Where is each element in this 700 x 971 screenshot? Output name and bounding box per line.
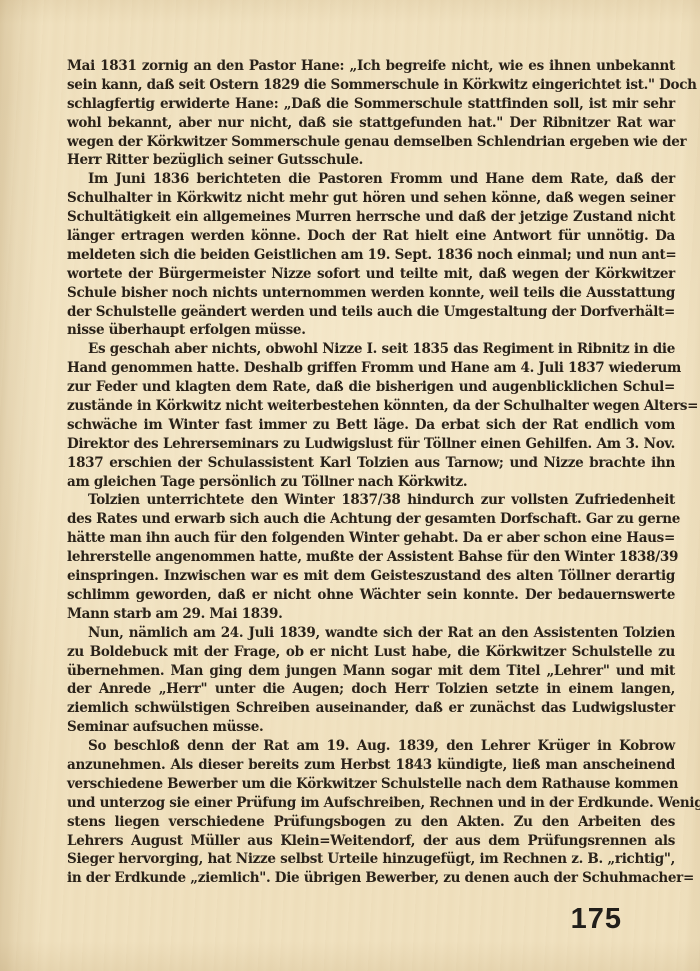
text-line: zu Boldebuck mit der Frage, ob er nicht … xyxy=(67,643,675,662)
text-line: länger ertragen werden könne. Doch der R… xyxy=(67,227,675,246)
text-line: Nun, nämlich am 24. Juli 1839, wandte si… xyxy=(67,624,675,643)
text-line: Hand genommen hatte. Deshalb griffen Fro… xyxy=(67,359,675,378)
text-line: Schulhalter in Körkwitz nicht mehr gut h… xyxy=(67,189,675,208)
text-line: wortete der Bürgermeister Nizze sofort u… xyxy=(67,265,675,284)
text-line: übernehmen. Man ging dem jungen Mann sog… xyxy=(67,662,675,681)
scanned-book-page: Mai 1831 zornig an den Pastor Hane: „Ich… xyxy=(0,0,700,971)
text-line: Es geschah aber nichts, obwohl Nizze I. … xyxy=(67,340,675,359)
text-line: Seminar aufsuchen müsse. xyxy=(67,718,675,737)
text-line: schlagfertig erwiderte Hane: „Daß die So… xyxy=(67,95,675,114)
text-line: der Schulstelle geändert werden und teil… xyxy=(67,303,675,322)
text-line: Sieger hervorging, hat Nizze selbst Urte… xyxy=(67,850,675,869)
text-block: Mai 1831 zornig an den Pastor Hane: „Ich… xyxy=(67,57,675,888)
text-line: anzunehmen. Als dieser bereits zum Herbs… xyxy=(67,756,675,775)
text-line: stens liegen verschiedene Prüfungsbogen … xyxy=(67,813,675,832)
text-line: zustände in Körkwitz nicht weiterbestehe… xyxy=(67,397,675,416)
text-line: schlimm geworden, daß er nicht ohne Wäch… xyxy=(67,586,675,605)
text-line: Tolzien unterrichtete den Winter 1837/38… xyxy=(67,491,675,510)
text-line: sein kann, daß seit Ostern 1829 die Somm… xyxy=(67,76,675,95)
text-line: und unterzog sie einer Prüfung im Aufsch… xyxy=(67,794,675,813)
text-line: Herr Ritter bezüglich seiner Gutsschule. xyxy=(67,151,675,170)
text-line: am gleichen Tage persönlich zu Töllner n… xyxy=(67,473,675,492)
text-line: 1837 erschien der Schulassistent Karl To… xyxy=(67,454,675,473)
text-line: einspringen. Inzwischen war es mit dem G… xyxy=(67,567,675,586)
text-line: lehrerstelle angenommen hatte, mußte der… xyxy=(67,548,675,567)
text-line: Mai 1831 zornig an den Pastor Hane: „Ich… xyxy=(67,57,675,76)
text-line: nisse überhaupt erfolgen müsse. xyxy=(67,321,675,340)
text-line: Schule bisher noch nichts unternommen we… xyxy=(67,284,675,303)
text-line: des Rates und erwarb sich auch die Achtu… xyxy=(67,510,675,529)
text-line: zur Feder und klagten dem Rate, daß die … xyxy=(67,378,675,397)
text-line: Schultätigkeit ein allgemeines Murren he… xyxy=(67,208,675,227)
text-line: wohl bekannt, aber nur nicht, daß sie st… xyxy=(67,114,675,133)
text-line: hätte man ihn auch für den folgenden Win… xyxy=(67,529,675,548)
page-number: 175 xyxy=(571,903,622,936)
text-line: Mann starb am 29. Mai 1839. xyxy=(67,605,675,624)
text-line: meldeten sich die beiden Geistlichen am … xyxy=(67,246,675,265)
text-line: Im Juni 1836 berichteten die Pastoren Fr… xyxy=(67,170,675,189)
text-line: in der Erdkunde „ziemlich". Die übrigen … xyxy=(67,869,675,888)
text-line: Lehrers August Müller aus Klein=Weitendo… xyxy=(67,832,675,851)
text-line: schwäche im Winter fast immer zu Bett lä… xyxy=(67,416,675,435)
text-line: ziemlich schwülstigen Schreiben auseinan… xyxy=(67,699,675,718)
text-line: So beschloß denn der Rat am 19. Aug. 183… xyxy=(67,737,675,756)
text-line: wegen der Körkwitzer Sommerschule genau … xyxy=(67,133,675,152)
text-line: der Anrede „Herr" unter die Augen; doch … xyxy=(67,680,675,699)
text-line: Direktor des Lehrerseminars zu Ludwigslu… xyxy=(67,435,675,454)
text-line: verschiedene Bewerber um die Körkwitzer … xyxy=(67,775,675,794)
